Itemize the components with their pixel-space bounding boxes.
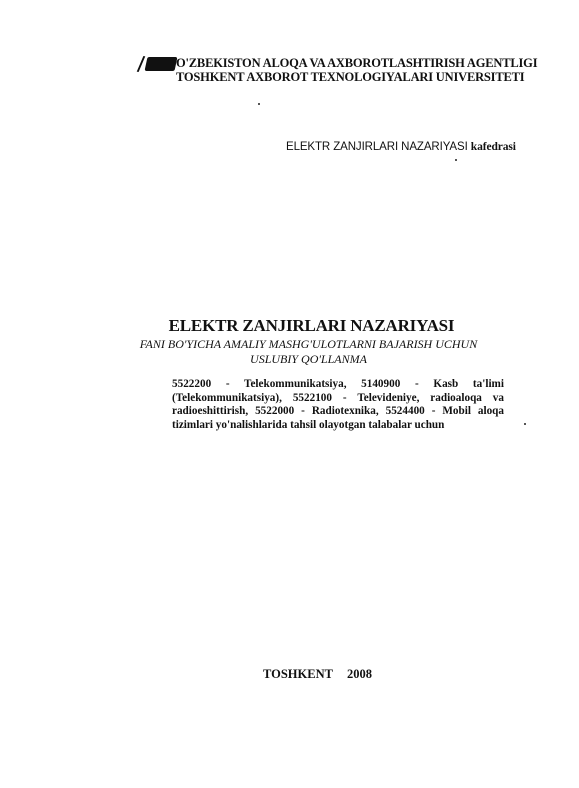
footer: TOSHKENT2008 [263, 667, 372, 682]
scan-speck [524, 423, 526, 425]
department-name: ELEKTR ZANJIRLARI NAZARIYASI [286, 141, 468, 153]
footer-city: TOSHKENT [263, 667, 333, 681]
header-university: TOSHKENT AXBOROT TEXNOLOGIYALARI UNIVERS… [176, 70, 524, 85]
header-agency: O'ZBEKISTON ALOQA VA AXBOROTLASHTIRISH A… [176, 56, 537, 71]
department-suffix: kafedrasi [471, 141, 516, 153]
scan-speck [258, 103, 260, 105]
subtitle-line-2: USLUBIY QO'LLANMA [38, 352, 579, 367]
audience-description: 5522200 - Telekommunikatsiya, 5140900 - … [172, 378, 504, 432]
document-title: ELEKTR ZANJIRLARI NAZARIYASI [0, 316, 579, 336]
department-line: ELEKTR ZANJIRLARI NAZARIYASI kafedrasi [286, 141, 516, 153]
scan-speck [455, 159, 457, 161]
document-page: O'ZBEKISTON ALOQA VA AXBOROTLASHTIRISH A… [0, 0, 579, 788]
footer-year: 2008 [347, 667, 372, 681]
scan-artifact [145, 57, 178, 71]
document-subtitle: FANI BO'YICHA AMALIY MASHG'ULOTLARNI BAJ… [0, 337, 579, 367]
subtitle-line-1: FANI BO'YICHA AMALIY MASHG'ULOTLARNI BAJ… [38, 337, 579, 352]
